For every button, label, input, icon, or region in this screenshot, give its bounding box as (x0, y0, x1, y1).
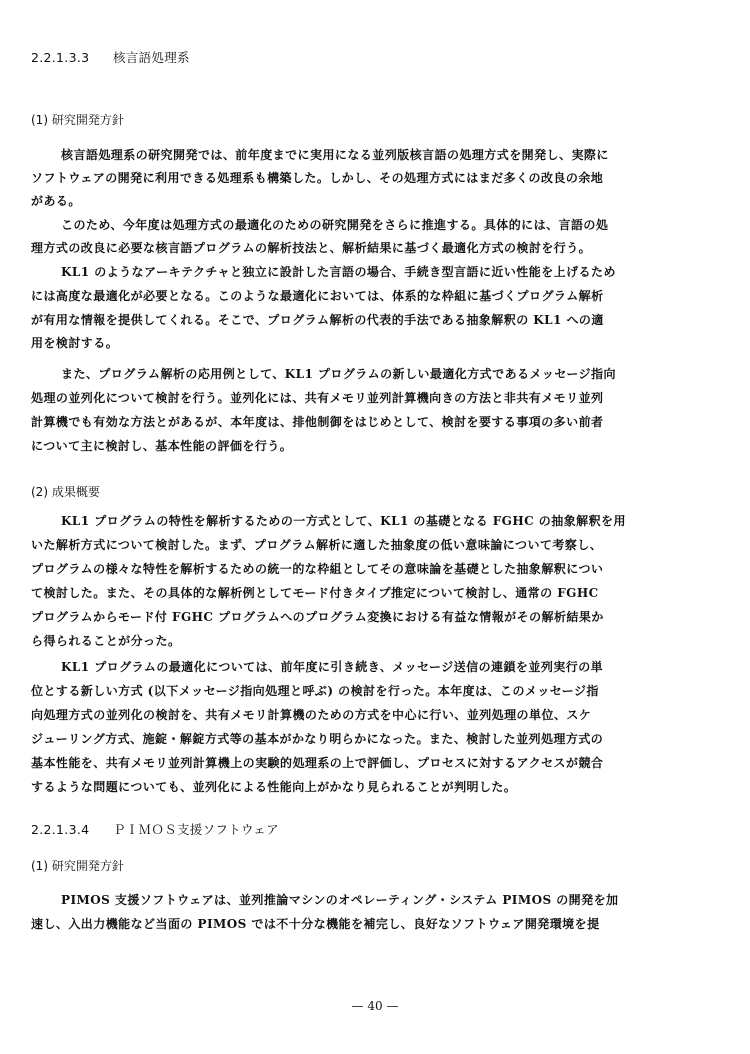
section-title: ＰＩＭＯＳ支援ソフトウェア (113, 822, 279, 837)
section-heading-2-2-1-3-4: 2.2.1.3.4ＰＩＭＯＳ支援ソフトウェア (31, 820, 279, 838)
paragraph-line: ジューリング方式、施錠・解錠方式等の基本がかなり明らかになった。また、検討した並… (31, 732, 721, 746)
paragraph-line: KL1 プログラムの最適化については、前年度に引き続き、メッセージ送信の連鎖を並… (61, 660, 721, 674)
paragraph-line: 向処理方式の並列化の検討を、共有メモリ計算機のための方式を中心に行い、並列処理の… (31, 708, 721, 722)
paragraph-line: KL1 のようなアーキテクチャと独立に設計した言語の場合、手続き型言語に近い性能… (61, 265, 721, 279)
page-number: — 40 — (0, 999, 750, 1013)
paragraph-line: 計算機でも有効な方法とがあるが、本年度は、排他制御をはじめとして、検討を要する事… (31, 415, 721, 429)
subsection-heading: (1) 研究開発方針 (31, 857, 124, 874)
paragraph-line: て検討した。また、その具体的な解析例としてモード付きタイプ推定について検討し、通… (31, 586, 721, 600)
section-title: 核言語処理系 (113, 50, 190, 65)
paragraph-line: するような問題についても、並列化による性能向上がかなり見られることが判明した。 (31, 780, 721, 794)
paragraph-line: PIMOS 支援ソフトウェアは、並列推論マシンのオペレーティング・システム PI… (61, 893, 721, 907)
paragraph-line: 速し、入出力機能など当面の PIMOS では不十分な機能を補完し、良好なソフトウ… (31, 917, 721, 931)
paragraph-line: このため、今年度は処理方式の最適化のための研究開発をさらに推進する。具体的には、… (61, 218, 721, 232)
paragraph-line: 用を検討する。 (31, 336, 721, 350)
paragraph-line: 核言語処理系の研究開発では、前年度までに実用になる並列版核言語の処理方式を開発し… (61, 148, 721, 162)
paragraph-line: いた解析方式について検討した。まず、プログラム解析に適した抽象度の低い意味論につ… (31, 538, 721, 552)
paragraph-line: ソフトウェアの開発に利用できる処理系も構築した。しかし、その処理方式にはまだ多く… (31, 171, 721, 185)
paragraph-line: 位とする新しい方式 (以下メッセージ指向処理と呼ぶ) の検討を行った。本年度は、… (31, 684, 721, 698)
subsection-heading: (1) 研究開発方針 (31, 111, 124, 128)
subsection-heading: (2) 成果概要 (31, 483, 100, 500)
paragraph-line: には高度な最適化が必要となる。このような最適化においては、体系的な枠組に基づくプ… (31, 289, 721, 303)
paragraph-line: が有用な情報を提供してくれる。そこで、プログラム解析の代表的手法である抽象解釈の… (31, 313, 721, 327)
paragraph-line: プログラムからモード付 FGHC プログラムへのプログラム変換における有益な情報… (31, 610, 721, 624)
section-number: 2.2.1.3.3 (31, 50, 113, 65)
paragraph-line: がある。 (31, 194, 721, 208)
paragraph-line: プログラムの様々な特性を解析するための統一的な枠組としてその意味論を基礎とした抽… (31, 562, 721, 576)
paragraph-line: ら得られることが分った。 (31, 634, 721, 648)
section-heading-2-2-1-3-3: 2.2.1.3.3核言語処理系 (31, 48, 190, 66)
paragraph-line: 基本性能を、共有メモリ並列計算機上の実験的処理系の上で評価し、プロセスに対するア… (31, 756, 721, 770)
paragraph-line: 理方式の改良に必要な核言語プログラムの解析技法と、解析結果に基づく最適化方式の検… (31, 241, 721, 255)
section-number: 2.2.1.3.4 (31, 822, 113, 837)
paragraph-line: 処理の並列化について検討を行う。並列化には、共有メモリ並列計算機向きの方法と非共… (31, 391, 721, 405)
paragraph-line: について主に検討し、基本性能の評価を行う。 (31, 439, 721, 453)
document-page: 2.2.1.3.3核言語処理系 (1) 研究開発方針 核言語処理系の研究開発では… (0, 0, 750, 1054)
paragraph-line: また、プログラム解析の応用例として、KL1 プログラムの新しい最適化方式であるメ… (61, 367, 721, 381)
paragraph-line: KL1 プログラムの特性を解析するための一方式として、KL1 の基礎となる FG… (61, 514, 721, 528)
